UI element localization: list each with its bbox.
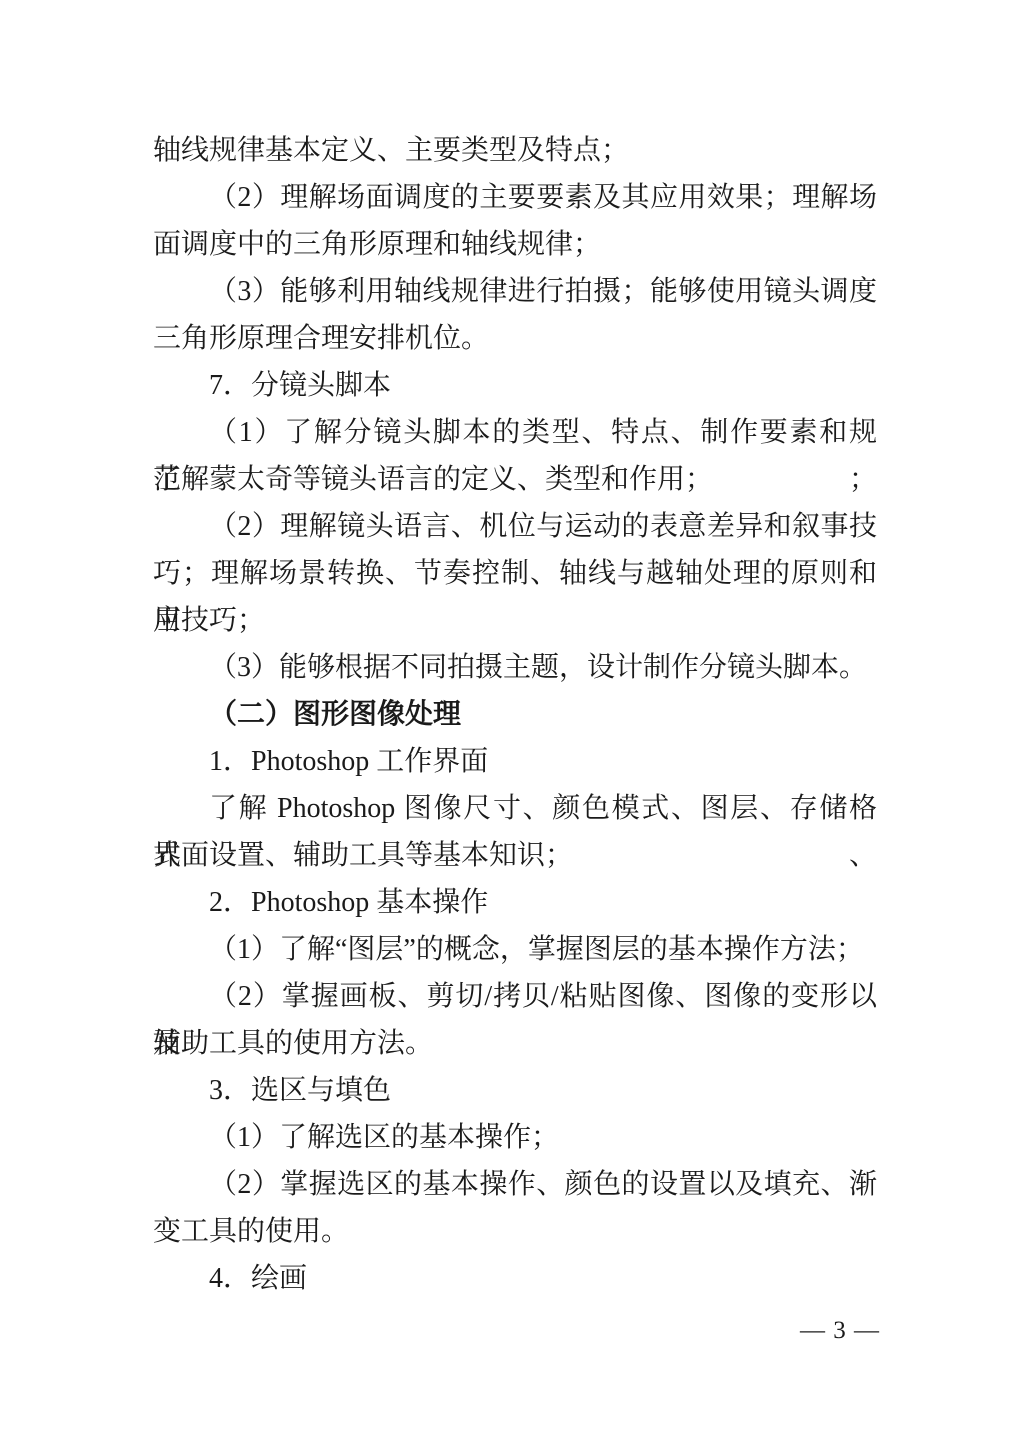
- text-line: （1）了解“图层”的概念，掌握图层的基本操作方法；: [153, 926, 877, 973]
- text-line: 变工具的使用。: [153, 1208, 877, 1255]
- page-number: — 3 —: [790, 1316, 890, 1346]
- text-line: 用技巧；: [153, 597, 877, 644]
- document-text-block: 轴线规律基本定义、主要类型及特点； （2）理解场面调度的主要要素及其应用效果；理…: [153, 127, 877, 1302]
- text-line: （2）掌握画板、剪切/拷贝/粘贴图像、图像的变形以及: [153, 973, 877, 1020]
- text-line: 巧；理解场景转换、节奏控制、轴线与越轴处理的原则和应: [153, 550, 877, 597]
- text-line: 辅助工具的使用方法。: [153, 1020, 877, 1067]
- numbered-heading: 1．Photoshop 工作界面: [153, 738, 877, 785]
- section-heading: （二）图形图像处理: [153, 691, 877, 738]
- text-line: 面调度中的三角形原理和轴线规律；: [153, 221, 877, 268]
- text-line: （2）理解镜头语言、机位与运动的表意差异和叙事技: [153, 503, 877, 550]
- numbered-heading: 3．选区与填色: [153, 1067, 877, 1114]
- numbered-heading: 2．Photoshop 基本操作: [153, 879, 877, 926]
- numbered-heading: 4．绘画: [153, 1255, 877, 1302]
- text-line: （1）了解分镜头脚本的类型、特点、制作要素和规范；: [153, 409, 877, 456]
- numbered-heading: 7．分镜头脚本: [153, 362, 877, 409]
- text-line: （3）能够根据不同拍摄主题，设计制作分镜头脚本。: [153, 644, 877, 691]
- document-page: 轴线规律基本定义、主要类型及特点； （2）理解场面调度的主要要素及其应用效果；理…: [0, 0, 1024, 1447]
- text-line: （1）了解选区的基本操作；: [153, 1114, 877, 1161]
- text-line: （2）掌握选区的基本操作、颜色的设置以及填充、渐: [153, 1161, 877, 1208]
- text-line: 三角形原理合理安排机位。: [153, 315, 877, 362]
- text-line: 轴线规律基本定义、主要类型及特点；: [153, 127, 877, 174]
- text-line: （3）能够利用轴线规律进行拍摄；能够使用镜头调度: [153, 268, 877, 315]
- text-line: 了解 Photoshop 图像尺寸、颜色模式、图层、存储格式、: [153, 785, 877, 832]
- text-line: （2）理解场面调度的主要要素及其应用效果；理解场: [153, 174, 877, 221]
